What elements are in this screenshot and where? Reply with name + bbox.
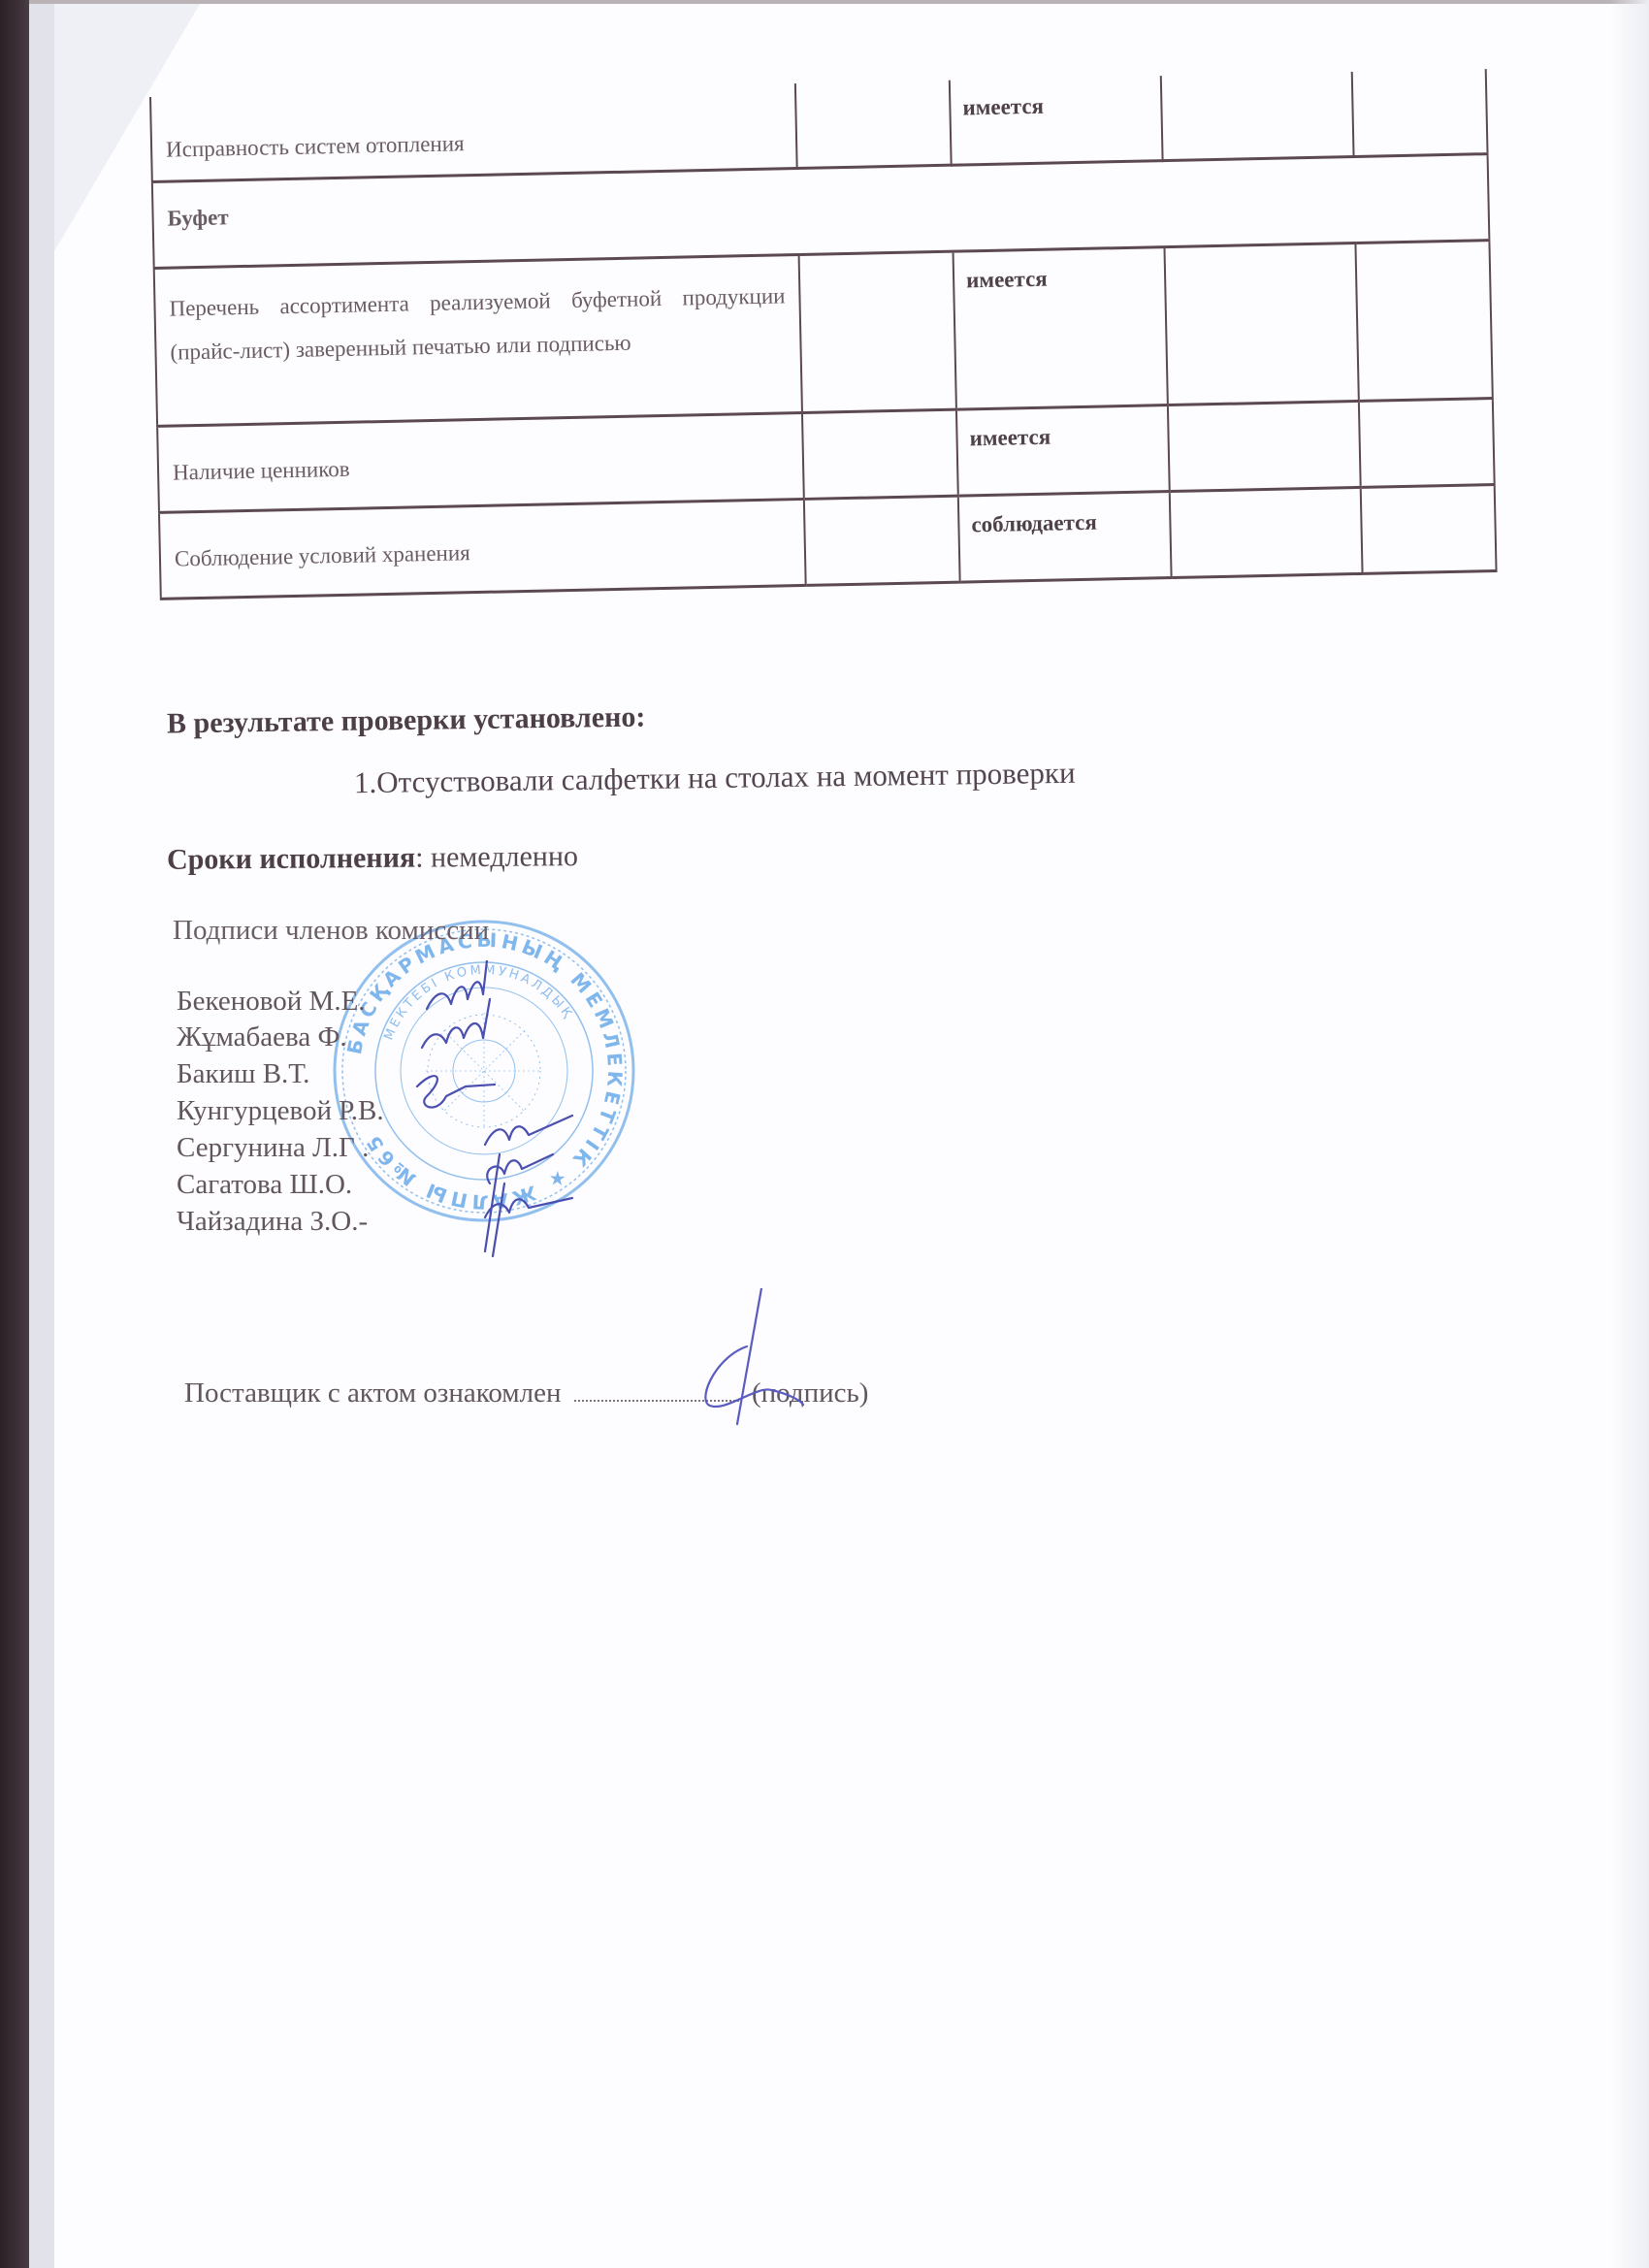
- finding-item: 1.Отсуствовали салфетки на столах на мом…: [354, 756, 1076, 800]
- scan-dark-edge: [0, 0, 29, 2268]
- commission-member: Бакиш В.Т.: [177, 1058, 309, 1090]
- supplier-signature: [679, 1288, 815, 1434]
- scan-right-shade: [1610, 0, 1649, 2268]
- deadline-value: : немедленно: [415, 840, 578, 873]
- row-label: Соблюдение условий хранения: [160, 501, 804, 572]
- scan-top-edge: [29, 0, 1649, 4]
- row-label: Перечень ассортимента реализуемой буфетн…: [155, 256, 800, 374]
- commission-member: Жұмабаева Ф.: [177, 1021, 347, 1053]
- row-label: Наличие ценников: [158, 414, 802, 486]
- commission-member: Кунгурцевой Р.В.: [177, 1095, 384, 1127]
- commission-member: Бекеновой М.Е.: [177, 986, 366, 1018]
- row-label: Исправность систем отопления: [151, 83, 795, 163]
- commission-member: Чайзадина З.О.-: [177, 1206, 368, 1238]
- row-value: имеется: [957, 406, 1168, 452]
- commission-signatures-title: Подписи членов комиссии: [173, 915, 489, 947]
- row-value: соблюдается: [959, 493, 1170, 538]
- deadline-line: Сроки исполнения: немедленно: [167, 840, 578, 877]
- commission-member: Сагатова Ш.О.: [177, 1169, 352, 1201]
- table-row: Перечень ассортимента реализуемой буфетн…: [154, 241, 1493, 427]
- handwritten-signatures: [407, 960, 650, 1261]
- row-value: имеется: [951, 76, 1161, 121]
- inspection-table: Исправность систем отопления имеется Буф…: [149, 69, 1492, 600]
- supplier-text: Поставщик с актом ознакомлен: [184, 1377, 561, 1409]
- row-value: имеется: [954, 248, 1165, 294]
- result-heading: В результате проверки установлено:: [167, 701, 646, 741]
- commission-member: Сергунина Л.Г .: [177, 1132, 369, 1164]
- deadline-label: Сроки исполнения: [167, 842, 415, 876]
- scan-grey-edge: [29, 0, 54, 2268]
